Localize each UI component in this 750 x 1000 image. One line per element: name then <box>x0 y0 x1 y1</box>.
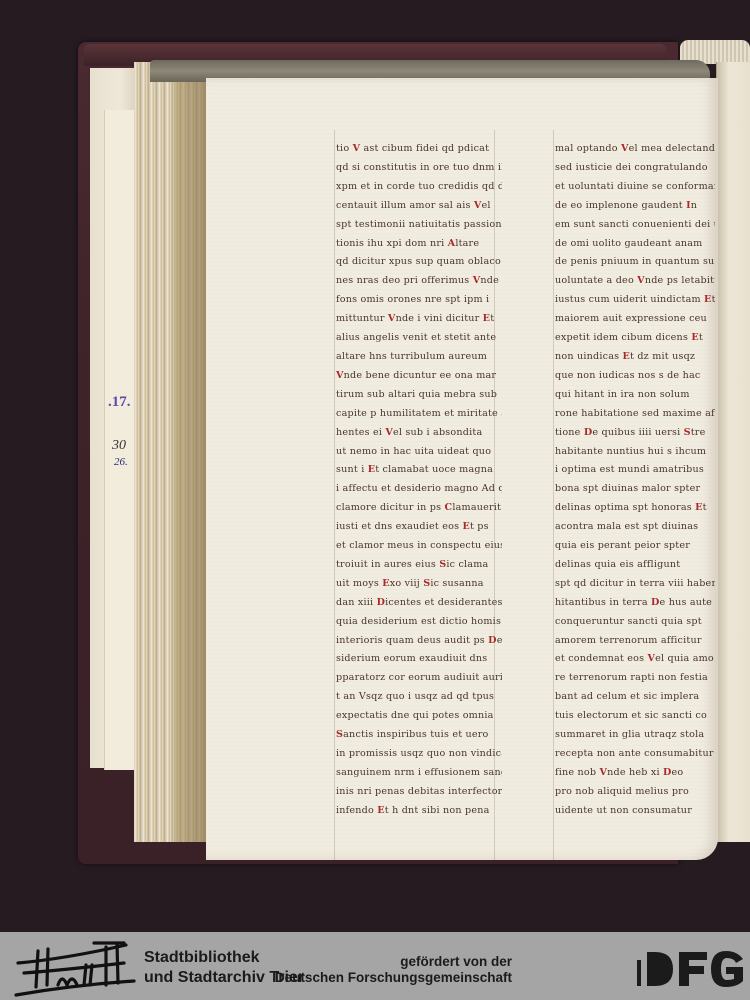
manuscript-line: expectatis dne qui potes omnia <box>336 707 502 726</box>
funding-line-1: gefördert von der <box>275 954 512 970</box>
manuscript-line: de penis pniuum in quantum sunt <box>555 253 715 272</box>
manuscript-line: fons omis orones nre spt ipm i <box>336 291 502 310</box>
rubricated-initial: D <box>377 597 386 608</box>
rubricated-initial: V <box>637 275 645 286</box>
manuscript-line: qd dicitur xpus sup quam oblaco <box>336 253 502 272</box>
manuscript-line: que non iudicas nos s de hac <box>555 367 715 386</box>
rubricated-initial: I <box>686 200 691 211</box>
manuscript-line: acontra mala est spt diuinas <box>555 518 715 537</box>
manuscript-line: qd si constitutis in ore tuo dnm ihm <box>336 159 502 178</box>
shelfmark-tertiary: 26. <box>114 456 128 468</box>
manuscript-line: in promissis usqz quo non vindicas <box>336 745 502 764</box>
rubricated-initial: V <box>353 143 361 154</box>
rubricated-initial: S <box>684 427 691 438</box>
ruling-line <box>553 130 554 860</box>
rubricated-initial: V <box>599 767 607 778</box>
manuscript-line: summaret in glia utraqz stola <box>555 726 715 745</box>
rubricated-initial: V <box>388 313 396 324</box>
manuscript-line: bona spt diuinas malor spter <box>555 480 715 499</box>
manuscript-line: hitantibus in terra De hus aute <box>555 594 715 613</box>
text-column-left: tio V ast cibum fidei qd pdicatqd si con… <box>336 140 502 821</box>
manuscript-line: habitante nuntius hui s ihcum <box>555 443 715 462</box>
manuscript-line: re terrenorum rapti non festia <box>555 669 715 688</box>
text-column-right: mal optando Vel mea delectandesed iustic… <box>555 140 715 821</box>
manuscript-line: uit moys Exo viij Sic susanna <box>336 575 502 594</box>
manuscript-line: delinas optima spt honoras Et <box>555 499 715 518</box>
rubricated-initial: E <box>695 502 703 513</box>
manuscript-line: delinas quia eis affligunt <box>555 556 715 575</box>
rubricated-initial: A <box>448 238 456 249</box>
ruling-line <box>334 130 335 860</box>
manuscript-line: inis nri penas debitas interfectoribus <box>336 783 502 802</box>
manuscript-line: ut nemo in hac uita uideat quo <box>336 443 502 462</box>
rubricated-initial: E <box>368 464 376 475</box>
manuscript-line: interioris quam deus audit ps De <box>336 632 502 651</box>
manuscript-line: pro nob aliquid melius pro <box>555 783 715 802</box>
shelfmark-primary: .17. <box>108 394 131 411</box>
manuscript-line: spt qd dicitur in terra viii habere <box>555 575 715 594</box>
manuscript-line: em sunt sancti conuenienti dei ut <box>555 216 715 235</box>
rubricated-initial: E <box>623 351 631 362</box>
manuscript-line: t an Vsqz quo i usqz ad qd tpus <box>336 688 502 707</box>
manuscript-line: iustus cum uiderit uindictam Et <box>555 291 715 310</box>
manuscript-line: uidente ut non consumatur <box>555 802 715 821</box>
manuscript-line: et uoluntati diuine se conformando <box>555 178 715 197</box>
manuscript-line: et clamor meus in conspectu eius i <box>336 537 502 556</box>
manuscript-line: mal optando Vel mea delectande <box>555 140 715 159</box>
rubricated-initial: S <box>439 559 446 570</box>
rubricated-initial: E <box>691 332 699 343</box>
rubricated-initial: E <box>377 805 385 816</box>
rubricated-initial: D <box>488 635 497 646</box>
manuscript-scan: .17. 30 26. tio V ast cibum fidei qd pdi… <box>0 0 750 932</box>
page-edges <box>134 62 206 842</box>
manuscript-line: mittuntur Vnde i vini dicitur Et <box>336 310 502 329</box>
manuscript-line: clamore dicitur in ps Clamauerit <box>336 499 502 518</box>
rubricated-initial: E <box>704 294 712 305</box>
rubricated-initial: C <box>445 502 453 513</box>
manuscript-line: sanguinem nrm i effusionem sang <box>336 764 502 783</box>
manuscript-line: pparatorz cor eorum audiuit auris <box>336 669 502 688</box>
funding-notice: gefördert von der Deutschen Forschungsge… <box>275 954 512 986</box>
rubricated-initial: V <box>621 143 629 154</box>
rubricated-initial: V <box>336 370 344 381</box>
manuscript-line: centauit illum amor sal ais Vel <box>336 197 502 216</box>
manuscript-line: et condemnat eos Vel quia amo <box>555 650 715 669</box>
manuscript-line: hentes ei Vel sub i absondita <box>336 424 502 443</box>
rubricated-initial: V <box>385 427 393 438</box>
rubricated-initial: V <box>474 200 482 211</box>
manuscript-line: rone habitatione sed maxime affec <box>555 405 715 424</box>
manuscript-line: nes nras deo pri offerimus Vnde <box>336 272 502 291</box>
manuscript-line: fine nob Vnde heb xi Deo <box>555 764 715 783</box>
manuscript-line: iusti et dns exaudiet eos Et ps <box>336 518 502 537</box>
manuscript-line: tuis electorum et sic sancti co <box>555 707 715 726</box>
manuscript-line: bant ad celum et sic implera <box>555 688 715 707</box>
stadtbibliothek-logo-icon <box>14 937 136 997</box>
manuscript-line: siderium eorum exaudiuit dns <box>336 650 502 669</box>
manuscript-line: i optima est mundi amatribus <box>555 461 715 480</box>
rubricated-initial: E <box>462 521 470 532</box>
facing-page-edge <box>716 62 750 842</box>
manuscript-line: conqueruntur sancti quia spt <box>555 613 715 632</box>
manuscript-line: non uindicas Et dz mit usqz <box>555 348 715 367</box>
rubricated-initial: E <box>382 578 390 589</box>
rubricated-initial: V <box>647 653 655 664</box>
manuscript-line: qui hitant in ira non solum <box>555 386 715 405</box>
manuscript-line: uoluntate a deo Vnde ps letabitur <box>555 272 715 291</box>
rubricated-initial: E <box>483 313 491 324</box>
manuscript-line: altare hns turribulum aureum <box>336 348 502 367</box>
manuscript-line: i affectu et desiderio magno Ad que <box>336 480 502 499</box>
manuscript-line: maiorem auit expressione ceu <box>555 310 715 329</box>
manuscript-line: Sanctis inspiribus tuis et uero <box>336 726 502 745</box>
manuscript-line: tio V ast cibum fidei qd pdicat <box>336 140 502 159</box>
manuscript-line: spt testimonii natiuitatis passionis <box>336 216 502 235</box>
manuscript-line: de omi uolito gaudeant anam <box>555 235 715 254</box>
manuscript-line: amorem terrenorum afficitur <box>555 632 715 651</box>
manuscript-line: Vnde bene dicuntur ee ona mar <box>336 367 502 386</box>
manuscript-line: sed iusticie dei congratulando <box>555 159 715 178</box>
manuscript-line: quia desiderium est dictio homis <box>336 613 502 632</box>
manuscript-line: recepta non ante consumabitur <box>555 745 715 764</box>
footer-banner: Stadtbibliothek und Stadtarchiv Trier ge… <box>0 932 750 1000</box>
rubricated-initial: S <box>423 578 430 589</box>
manuscript-line: tionis ihu xpi dom nri Altare <box>336 235 502 254</box>
manuscript-line: xpm et in corde tuo credidis qd d <box>336 178 502 197</box>
rubricated-initial: S <box>336 729 343 740</box>
manuscript-line: capite p humilitatem et miritate ad <box>336 405 502 424</box>
rubricated-initial: D <box>584 427 593 438</box>
rubricated-initial: D <box>651 597 660 608</box>
manuscript-line: tirum sub altari quia mebra sub <box>336 386 502 405</box>
dfg-logo-icon <box>637 949 745 989</box>
manuscript-line: dan xiii Dicentes et desiderantes <box>336 594 502 613</box>
rubricated-initial: V <box>473 275 481 286</box>
manuscript-line: quia eis perant peior spter <box>555 537 715 556</box>
manuscript-line: tione De quibus iiii uersi Stre <box>555 424 715 443</box>
manuscript-line: sunt i Et clamabat uoce magna <box>336 461 502 480</box>
manuscript-line: alius angelis venit et stetit ante <box>336 329 502 348</box>
rubricated-initial: D <box>663 767 672 778</box>
manuscript-line: infendo Et h dnt sibi non pena <box>336 802 502 821</box>
funding-line-2: Deutschen Forschungsgemeinschaft <box>275 970 512 986</box>
shelfmark-secondary: 30 <box>112 438 126 454</box>
manuscript-line: de eo implenone gaudent In <box>555 197 715 216</box>
manuscript-line: troiuit in aures eius Sic clama <box>336 556 502 575</box>
manuscript-line: expetit idem cibum dicens Et <box>555 329 715 348</box>
